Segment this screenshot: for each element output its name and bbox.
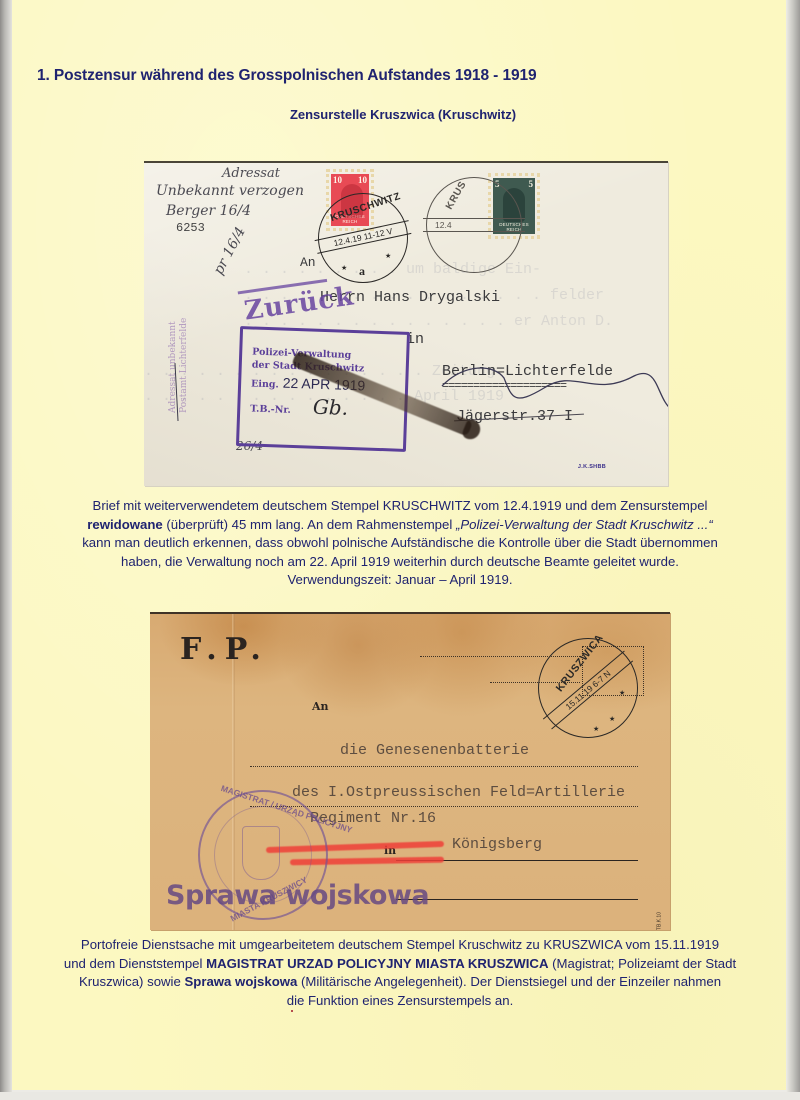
star-icon: ★	[609, 715, 615, 723]
postmark-town: KRUS	[444, 179, 469, 211]
address-line1: die Genesenenbatterie	[340, 742, 529, 759]
caption-text: (Magistrat; Polizeiamt der Stadt	[548, 956, 736, 971]
strike-through-scribble	[434, 358, 668, 418]
star-icon: ★	[619, 689, 625, 697]
feldpost-mark: F.P.	[180, 632, 269, 667]
edge-imprint: P.STB.K.10	[656, 912, 662, 930]
caption-bold-term: MAGISTRAT URZAD POLICYJNY MIASTA KRUSZWI…	[206, 956, 548, 971]
coat-of-arms-icon	[242, 826, 280, 880]
caption-text: (überprüft) 45 mm lang. An dem Rahmenste…	[163, 517, 456, 532]
caption-text: Brief mit weiterverwendetem deutschem St…	[93, 498, 708, 513]
page-title: 1. Postzensur während des Grosspolnische…	[37, 67, 537, 85]
frame-stamp-signature: Gb.	[313, 395, 349, 420]
caption-letter: Brief mit weiterverwendetem deutschem St…	[0, 497, 800, 590]
postmark-date: 12.4.19 11-12 V	[333, 226, 394, 248]
page-subtitle: Zensurstelle Kruszwica (Kruschwitz)	[0, 107, 800, 122]
caption-line: kann man deutlich erkennen, dass obwohl …	[0, 534, 800, 553]
caption-line: Verwendungszeit: Januar – April 1919.	[0, 571, 800, 590]
postmark-kruszwica: KRUSZWICA 15.11.19 6-7 N ★ ★ ★	[538, 638, 638, 738]
handwritten-note-unknown: Unbekannt verzogen	[156, 183, 304, 199]
address-to-label: An	[300, 255, 316, 270]
address-rule	[250, 806, 638, 807]
address-city: Königsberg	[452, 836, 542, 853]
caption-bold-term: Sprawa wojskowa	[184, 974, 297, 989]
address-to-label: An	[312, 700, 329, 713]
dotted-rule	[420, 656, 580, 657]
caption-text: kann man deutlich erkennen, dass obwohl …	[82, 535, 718, 550]
military-matter-stamp: Sprawa wojskowa	[166, 880, 429, 911]
frame-stamp-ref-label: T.B.-Nr.	[250, 403, 291, 415]
caption-bold-term: rewidowane	[87, 517, 162, 532]
star-icon: ★	[385, 252, 391, 260]
postmark-kruschwitz: KRUSCHWITZ 12.4.19 11-12 V ★ ★ a	[318, 193, 408, 283]
caption-text: und dem Dienststempel	[64, 956, 206, 971]
stamp-value: 10	[333, 175, 342, 185]
printer-mark: J.K.SHBB	[578, 464, 606, 470]
postcard: F.P. KRUSZWICA 15.11.19 6-7 N ★ ★ ★ An d…	[150, 612, 670, 930]
caption-text: die Funktion eines Zensurstempels an.	[287, 993, 514, 1008]
postmark-kruschwitz-partial: KRUS 12.4	[426, 177, 522, 273]
address-line2: des I.Ostpreussischen Feld=Artillerie	[292, 784, 625, 801]
letter-cover: . . . . . . . . . um baldige Ein- . . . …	[144, 161, 668, 486]
scanner-edge-bottom	[0, 1092, 800, 1100]
handwritten-note-postman: Berger 16/4	[166, 203, 251, 219]
side-stamp-line: Postamt Lichterfelde	[179, 318, 190, 413]
reference-number: 6253	[176, 221, 205, 235]
address-rule	[250, 766, 638, 767]
handwritten-note-addressee: Adressat	[222, 166, 280, 181]
dotted-rule	[490, 682, 580, 683]
caption-line: Brief mit weiterverwendetem deutschem St…	[0, 497, 800, 516]
caption-line: Portofreie Dienstsache mit umgearbeitete…	[0, 936, 800, 955]
caption-text: Portofreie Dienstsache mit umgearbeitete…	[81, 937, 719, 952]
caption-line: und dem Dienststempel MAGISTRAT URZAD PO…	[0, 955, 800, 974]
star-icon: ★	[341, 264, 347, 272]
frame-stamp-date-label: Eing.	[251, 378, 279, 390]
postmark-date: 12.4	[435, 220, 452, 230]
caption-line: die Funktion eines Zensurstempels an.	[0, 992, 800, 1011]
postmark-letter: a	[359, 264, 365, 279]
caption-line: haben, die Verwaltung noch am 22. April …	[0, 553, 800, 572]
caption-text: Kruszwica) sowie	[79, 974, 185, 989]
stamp-value: 5	[529, 179, 534, 189]
caption-line: Kruszwica) sowie Sprawa wojskowa (Militä…	[0, 973, 800, 992]
star-icon: ★	[593, 725, 599, 733]
caption-text: haben, die Verwaltung noch am 22. April …	[121, 554, 679, 569]
stamp-value: 10	[358, 175, 367, 185]
caption-italic-quote: „Polizei-Verwaltung der Stadt Kruschwitz…	[456, 517, 713, 532]
postmark-date-bar: 12.4.19 11-12 V	[315, 220, 412, 254]
paper-speck	[291, 1010, 293, 1012]
caption-text: Verwendungszeit: Januar – April 1919.	[287, 572, 512, 587]
caption-postcard: Portofreie Dienstsache mit umgearbeitete…	[0, 936, 800, 1010]
vertical-forwarding-stamp: Adressat unbekannt Postamt Lichterfelde	[168, 318, 190, 413]
caption-text: (Militärische Angelegenheit). Der Dienst…	[297, 974, 721, 989]
caption-line: rewidowane (überprüft) 45 mm lang. An de…	[0, 516, 800, 535]
address-rule	[396, 899, 638, 900]
postmark-date-bar: 12.4	[423, 218, 525, 232]
